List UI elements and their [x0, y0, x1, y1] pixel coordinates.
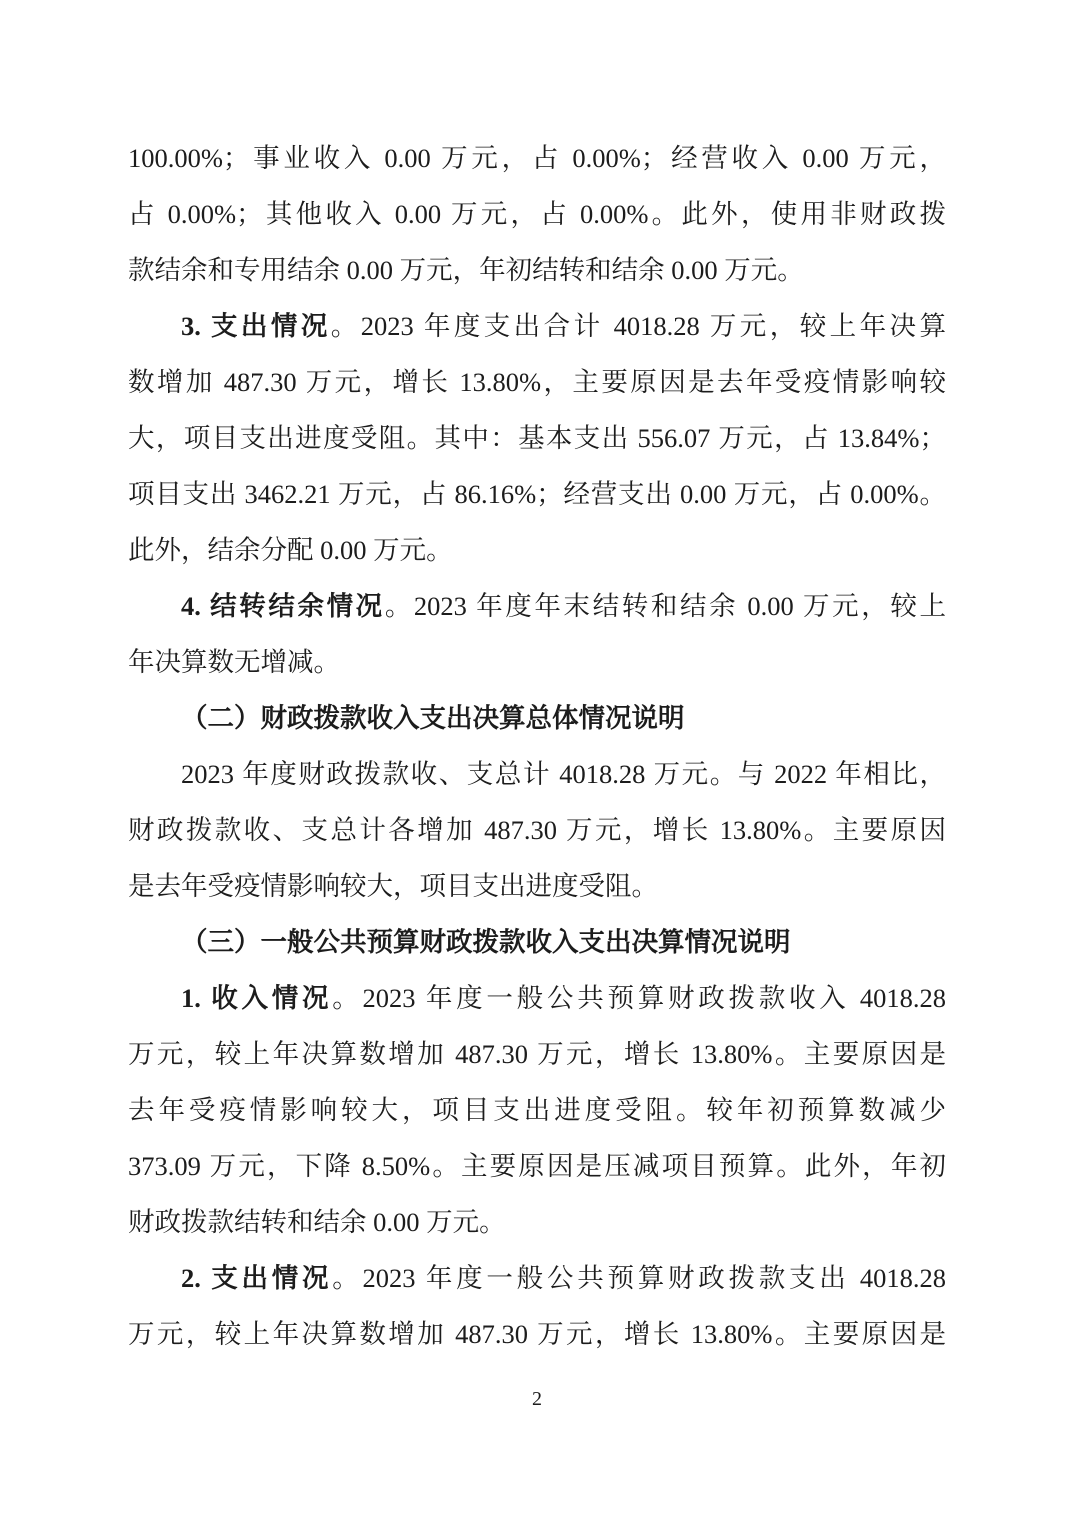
text-segment: 此外，结余分配 0.00 万元。 [128, 535, 453, 565]
text-segment: 是去年受疫情影响较大，项目支出进度受阻。 [128, 871, 658, 901]
text-line: （二）财政拨款收入支出决算总体情况说明 [128, 690, 946, 746]
text-line: 占 0.00%；其他收入 0.00 万元，占 0.00%。此外，使用非财政拨 [128, 186, 946, 242]
text-segment: 万元，较上年决算数增加 487.30 万元，增长 13.80%。主要原因是 [128, 1319, 946, 1349]
text-segment: 项目支出 3462.21 万元，占 86.16%；经营支出 0.00 万元，占 … [128, 479, 946, 509]
text-segment: 数增加 487.30 万元，增长 13.80%，主要原因是去年受疫情影响较 [128, 367, 946, 397]
text-segment: 100.00%；事业收入 0.00 万元，占 0.00%；经营收入 0.00 万… [128, 143, 946, 173]
text-segment: 去年受疫情影响较大，项目支出进度受阻。较年初预算数减少 [128, 1095, 946, 1125]
text-line: （三）一般公共预算财政拨款收入支出决算情况说明 [128, 914, 946, 970]
text-segment: 大，项目支出进度受阻。其中：基本支出 556.07 万元，占 13.84%； [128, 423, 946, 453]
text-segment: 财政拨款收、支总计各增加 487.30 万元，增长 13.80%。主要原因 [128, 815, 946, 845]
text-segment: 。2023 年度年末结转和结余 0.00 万元，较上 [385, 591, 946, 621]
text-line: 2023 年度财政拨款收、支总计 4018.28 万元。与 2022 年相比， [128, 746, 946, 802]
text-segment: 款结余和专用结余 0.00 万元，年初结转和结余 0.00 万元。 [128, 255, 804, 285]
text-line: 款结余和专用结余 0.00 万元，年初结转和结余 0.00 万元。 [128, 242, 946, 298]
text-line: 3. 支出情况。2023 年度支出合计 4018.28 万元，较上年决算 [128, 298, 946, 354]
bold-text-segment: （二）财政拨款收入支出决算总体情况说明 [181, 703, 685, 733]
text-segment: 占 0.00%；其他收入 0.00 万元，占 0.00%。此外，使用非财政拨 [128, 199, 946, 229]
text-line: 2. 支出情况。2023 年度一般公共预算财政拨款支出 4018.28 [128, 1250, 946, 1306]
text-segment: 373.09 万元，下降 8.50%。主要原因是压减项目预算。此外，年初 [128, 1151, 946, 1181]
bold-text-segment: （三）一般公共预算财政拨款收入支出决算情况说明 [181, 927, 791, 957]
bold-text-segment: 3. 支出情况 [181, 311, 331, 341]
page-number: 2 [0, 1384, 1074, 1414]
text-line: 是去年受疫情影响较大，项目支出进度受阻。 [128, 858, 946, 914]
text-line: 财政拨款结转和结余 0.00 万元。 [128, 1194, 946, 1250]
bold-text-segment: 2. 支出情况 [181, 1263, 332, 1293]
text-segment: 。2023 年度一般公共预算财政拨款支出 4018.28 [332, 1263, 946, 1293]
bold-text-segment: 4. 结转结余情况 [181, 591, 385, 621]
text-line: 4. 结转结余情况。2023 年度年末结转和结余 0.00 万元，较上 [128, 578, 946, 634]
text-line: 项目支出 3462.21 万元，占 86.16%；经营支出 0.00 万元，占 … [128, 466, 946, 522]
bold-text-segment: 1. 收入情况 [181, 983, 332, 1013]
text-line: 万元，较上年决算数增加 487.30 万元，增长 13.80%。主要原因是 [128, 1026, 946, 1082]
text-segment: 万元，较上年决算数增加 487.30 万元，增长 13.80%。主要原因是 [128, 1039, 946, 1069]
document-page: 100.00%；事业收入 0.00 万元，占 0.00%；经营收入 0.00 万… [0, 0, 1074, 1520]
document-body: 100.00%；事业收入 0.00 万元，占 0.00%；经营收入 0.00 万… [128, 130, 946, 1362]
text-segment: 2023 年度财政拨款收、支总计 4018.28 万元。与 2022 年相比， [181, 759, 946, 789]
text-line: 数增加 487.30 万元，增长 13.80%，主要原因是去年受疫情影响较 [128, 354, 946, 410]
text-line: 大，项目支出进度受阻。其中：基本支出 556.07 万元，占 13.84%； [128, 410, 946, 466]
text-line: 万元，较上年决算数增加 487.30 万元，增长 13.80%。主要原因是 [128, 1306, 946, 1362]
text-line: 年决算数无增减。 [128, 634, 946, 690]
text-segment: 财政拨款结转和结余 0.00 万元。 [128, 1207, 506, 1237]
text-line: 财政拨款收、支总计各增加 487.30 万元，增长 13.80%。主要原因 [128, 802, 946, 858]
text-segment: 。2023 年度支出合计 4018.28 万元，较上年决算 [331, 311, 946, 341]
text-line: 1. 收入情况。2023 年度一般公共预算财政拨款收入 4018.28 [128, 970, 946, 1026]
text-segment: 。2023 年度一般公共预算财政拨款收入 4018.28 [332, 983, 946, 1013]
text-line: 此外，结余分配 0.00 万元。 [128, 522, 946, 578]
text-line: 去年受疫情影响较大，项目支出进度受阻。较年初预算数减少 [128, 1082, 946, 1138]
text-segment: 年决算数无增减。 [128, 647, 340, 677]
text-line: 373.09 万元，下降 8.50%。主要原因是压减项目预算。此外，年初 [128, 1138, 946, 1194]
text-line: 100.00%；事业收入 0.00 万元，占 0.00%；经营收入 0.00 万… [128, 130, 946, 186]
